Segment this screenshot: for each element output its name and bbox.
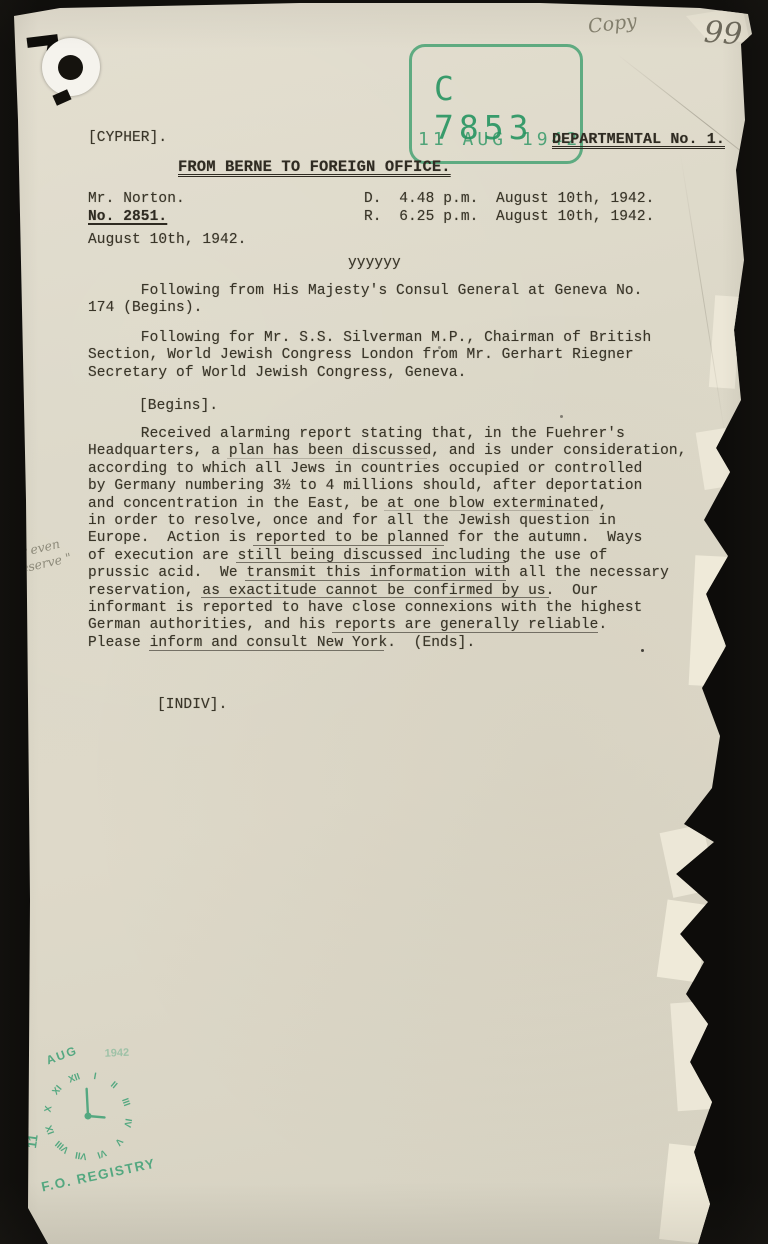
torn-edge-flap <box>657 899 709 982</box>
fo-registry-stamp: XIIIIIIIIIVVVIVIIVIIIIXXXI AUG 1942 11 F… <box>6 1028 216 1203</box>
departmental-label: DEPARTMENTAL No. 1. <box>552 131 725 148</box>
clock-numeral: XII <box>67 1071 82 1085</box>
paper-sheet: Copy 99 " or even reserve " C 7853 11 AU… <box>0 0 768 1244</box>
punch-hole <box>58 55 83 80</box>
ink-speck <box>560 415 563 418</box>
clock-numeral: V <box>112 1136 125 1148</box>
torn-edge-flap <box>659 1144 721 1244</box>
torn-edge-flap <box>670 1001 717 1112</box>
clock-numeral: VII <box>74 1149 87 1162</box>
pencil-underline <box>384 510 593 511</box>
ink-underline <box>253 545 444 546</box>
registry-day: 11 <box>24 1133 41 1149</box>
classification-label: [CYPHER]. <box>88 130 167 147</box>
ink-underline <box>201 597 549 598</box>
clock-numeral: III <box>119 1097 132 1108</box>
clock-numeral: VIII <box>53 1138 71 1156</box>
clock-numeral: IV <box>121 1118 134 1129</box>
torn-edge-flap <box>709 295 741 389</box>
torn-edge-flap <box>660 824 717 898</box>
begins-marker: [Begins]. <box>139 398 218 415</box>
clock-numeral: II <box>108 1079 119 1091</box>
registry-office-label: F.O. REGISTRY <box>40 1156 157 1195</box>
received-time: R. 6.25 p.m. August 10th, 1942. <box>364 209 654 226</box>
registry-month: AUG <box>44 1043 79 1067</box>
clock-center-dot <box>84 1112 93 1121</box>
pencil-underline <box>227 458 427 459</box>
pencil-page-number: 99 <box>703 15 744 53</box>
telegram-number: No. 2851. <box>88 209 167 226</box>
despatched-time: D. 4.48 p.m. August 10th, 1942. <box>364 191 654 208</box>
ink-underline <box>236 562 506 563</box>
ink-speck <box>438 346 441 349</box>
paragraph-main: Received alarming report stating that, i… <box>88 426 687 652</box>
paper-crease <box>617 54 768 199</box>
clock-numeral: XI <box>50 1083 64 1097</box>
ink-speck <box>641 649 644 652</box>
pencil-copy-note: Copy <box>587 10 638 38</box>
pencil-margin-note: " or even reserve " <box>2 534 73 580</box>
route-heading: FROM BERNE TO FOREIGN OFFICE. <box>178 159 451 176</box>
paragraph-addressee: Following for Mr. S.S. Silverman M.P., C… <box>88 330 651 382</box>
torn-edge-flap <box>696 428 735 490</box>
ink-underline <box>332 632 598 633</box>
clock-numeral: X <box>43 1104 55 1113</box>
telegram-date: August 10th, 1942. <box>88 232 246 249</box>
clock-hands <box>79 1086 104 1122</box>
paragraph-consul: Following from His Majesty's Consul Gene… <box>88 283 643 318</box>
indiv-marker: [INDIV]. <box>157 697 227 714</box>
torn-edge-flap <box>689 555 730 687</box>
clock-numeral: IX <box>43 1123 57 1136</box>
sender-name: Mr. Norton. <box>88 191 185 208</box>
clock-numeral: VI <box>96 1147 108 1160</box>
cypher-group: yyyyyy <box>348 255 401 272</box>
registry-year: 1942 <box>104 1047 129 1060</box>
clock-numeral: I <box>93 1071 98 1082</box>
ink-underline <box>245 580 506 581</box>
scanned-document-page: Copy 99 " or even reserve " C 7853 11 AU… <box>0 0 768 1244</box>
ink-underline <box>149 650 384 651</box>
